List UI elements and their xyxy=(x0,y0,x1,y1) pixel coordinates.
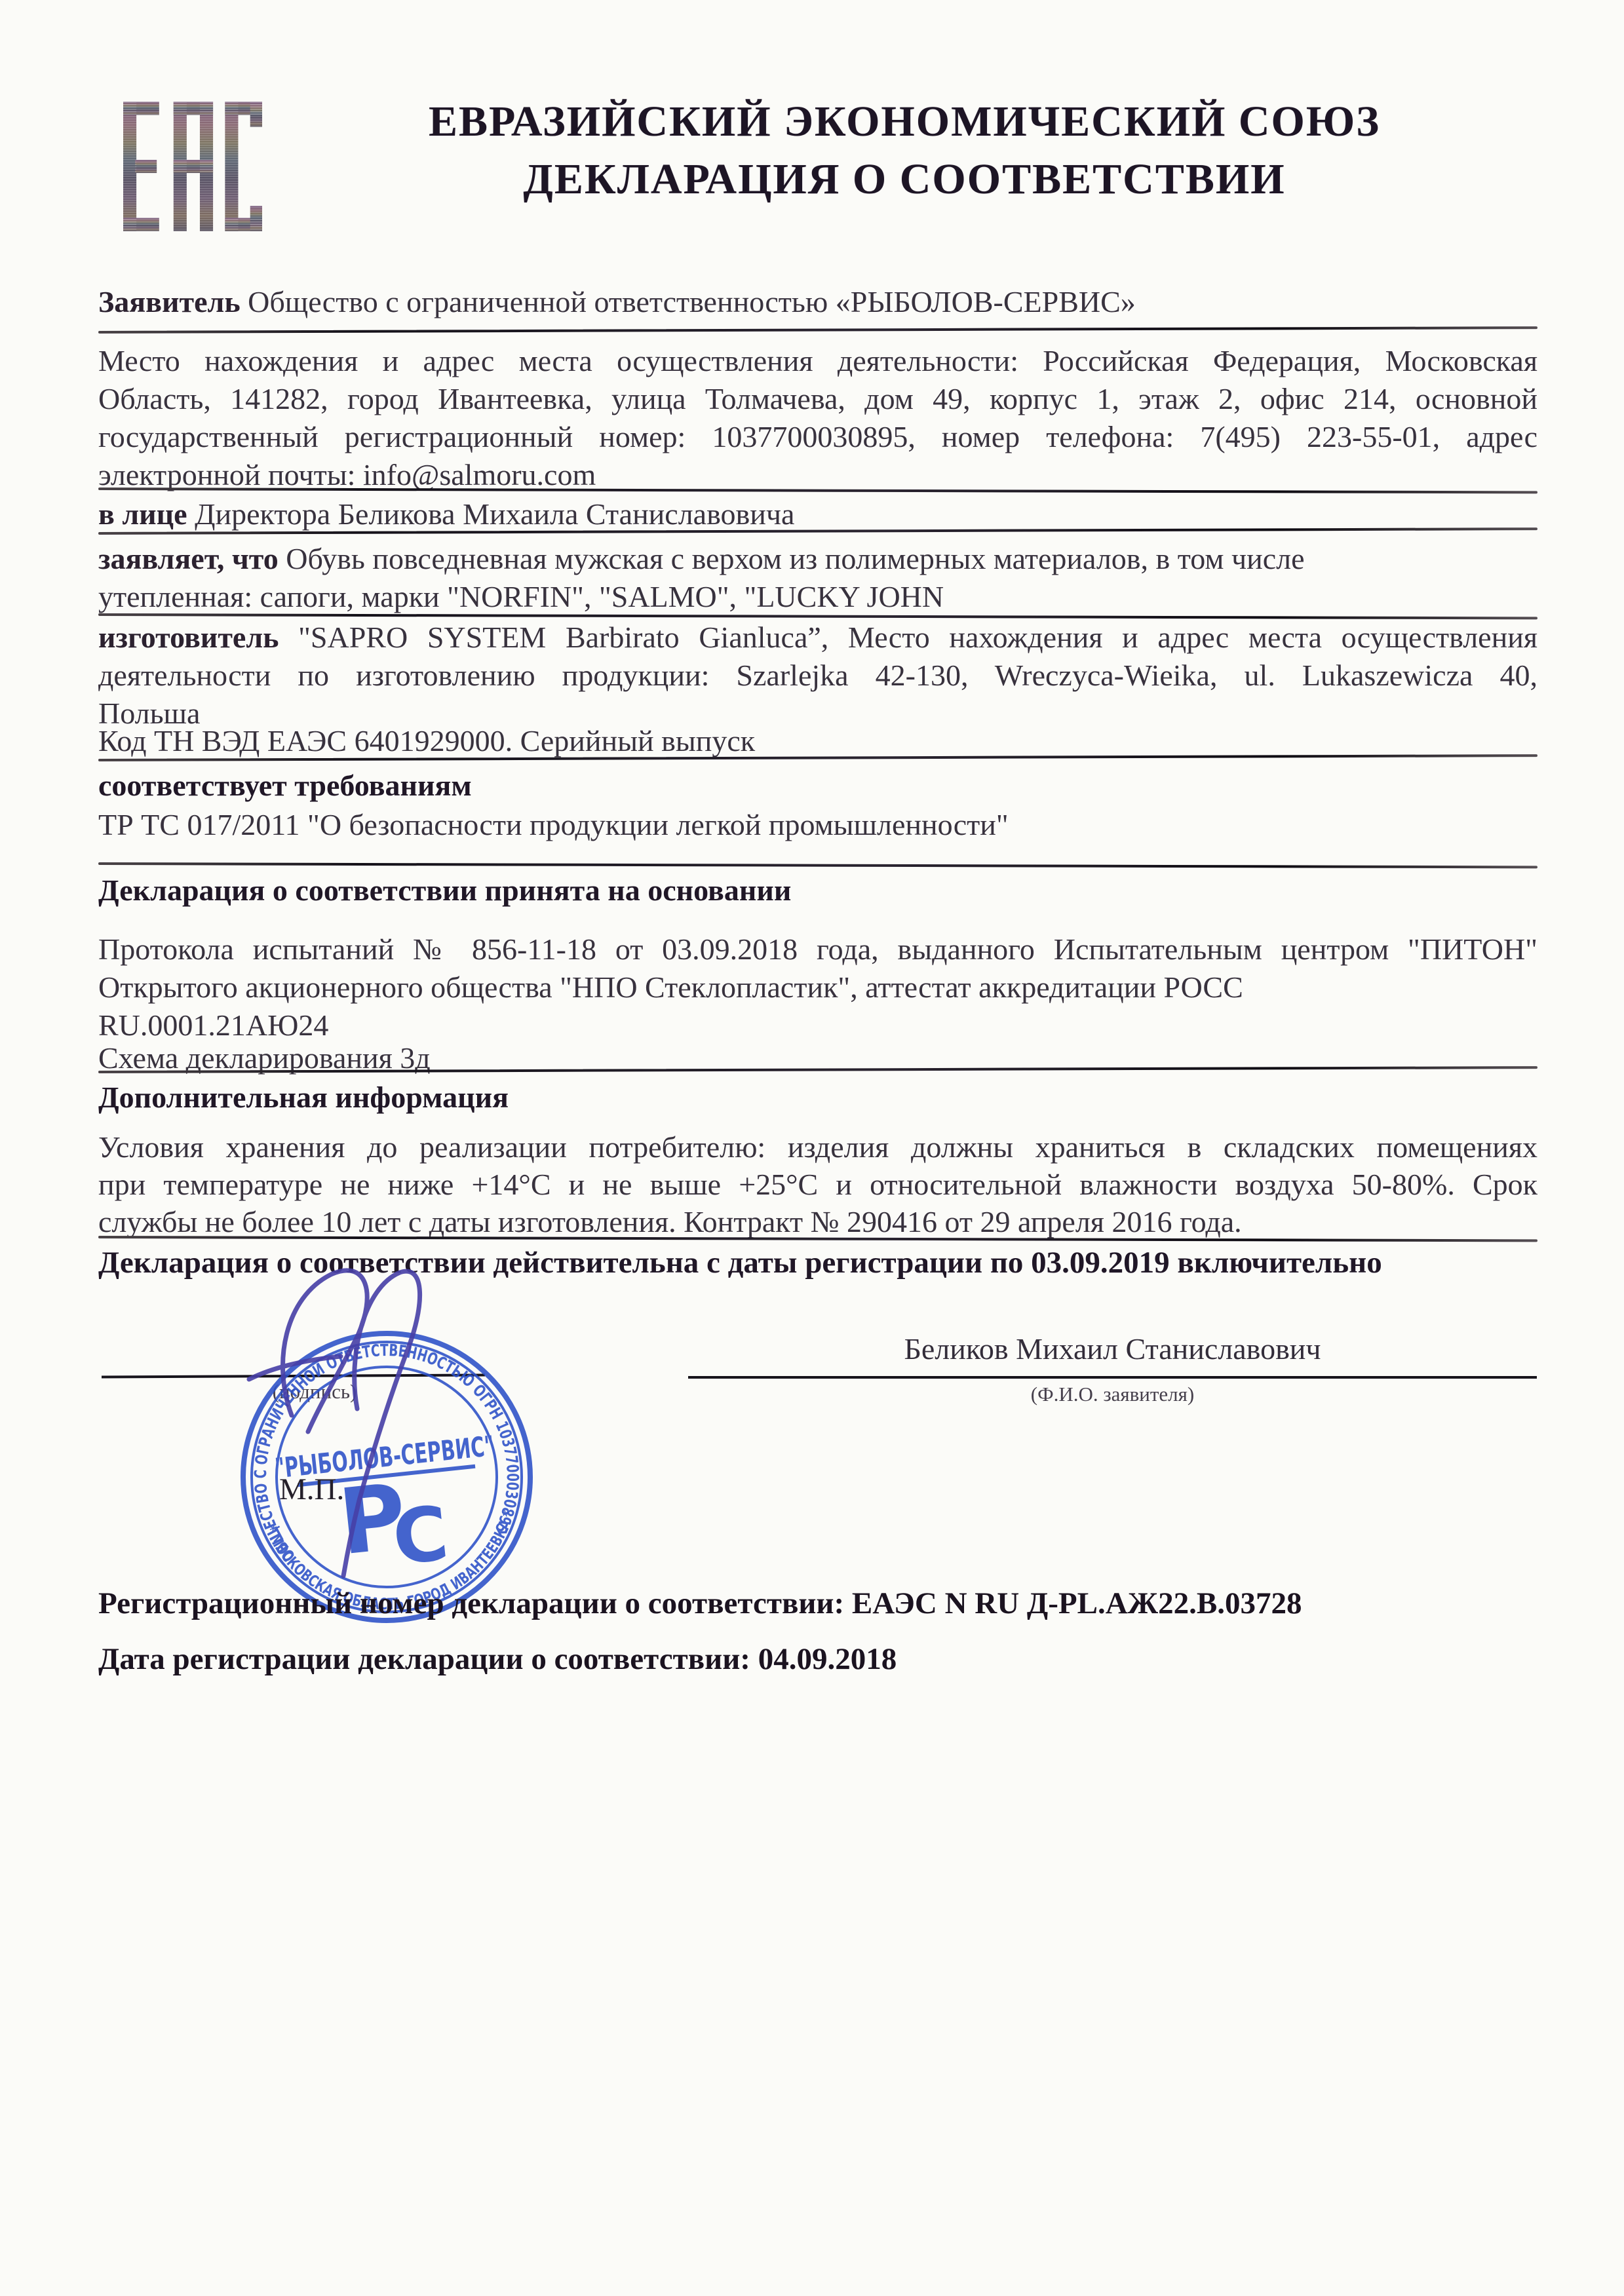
mp-label: М.П. xyxy=(279,1472,344,1507)
registration-number-line: Регистрационный номер декларации о соотв… xyxy=(98,1586,1579,1621)
additional-line: при температуре не ниже +14°С и не выше … xyxy=(98,1166,1537,1203)
declares-value: Обувь повседневная мужская с верхом из п… xyxy=(279,542,1305,575)
additional-line: Условия хранения до реализации потребите… xyxy=(98,1128,1537,1166)
complies-heading: соответствует требованиям xyxy=(98,767,1537,805)
basis-line: Открытого акционерного общества "НПО Сте… xyxy=(98,968,1537,1006)
address-line: государственный регистрационный номер: 1… xyxy=(98,418,1537,456)
basis-heading: Декларация о соответствии принята на осн… xyxy=(98,871,1537,909)
title-line-union: ЕВРАЗИЙСКИЙ ЭКОНОМИЧЕСКИЙ СОЮЗ xyxy=(275,93,1534,151)
handwritten-signature xyxy=(164,1245,459,1599)
basis-paragraph: Протокола испытаний № 856-11-18 от 03.09… xyxy=(98,930,1537,1044)
divider xyxy=(98,326,1537,334)
declares-paragraph: заявляет, что Обувь повседневная мужская… xyxy=(98,540,1537,616)
document-page: { "header": { "eac_mark": "ЕАС", "title_… xyxy=(0,0,1624,2296)
additional-paragraph: Условия хранения до реализации потребите… xyxy=(98,1128,1537,1240)
fio-caption: (Ф.И.О. заявителя) xyxy=(688,1383,1537,1406)
in-person-label: в лице xyxy=(98,497,187,531)
additional-line: службы не более 10 лет с даты изготовлен… xyxy=(98,1203,1537,1240)
applicant-fio: Беликов Михаил Станиславович xyxy=(688,1331,1537,1366)
eac-logo-icon xyxy=(123,95,262,238)
manufacturer-value: деятельности по изготовлению продукции: … xyxy=(98,657,1537,695)
declares-value: утепленная: сапоги, марки "NORFIN", "SAL… xyxy=(98,578,1537,616)
manufacturer-value: "SAPRO SYSTEM Barbirato Gianluca”, Место… xyxy=(279,621,1537,654)
manufacturer-label: изготовитель xyxy=(98,621,279,654)
declares-label: заявляет, что xyxy=(98,542,279,575)
applicant-line: Заявитель Общество с ограниченной ответс… xyxy=(98,283,1537,321)
address-line: Область, 141282, город Ивантеевка, улица… xyxy=(98,380,1537,418)
address-line: Место нахождения и адрес места осуществл… xyxy=(98,342,1537,380)
manufacturer-paragraph: изготовитель "SAPRO SYSTEM Barbirato Gia… xyxy=(98,619,1537,733)
in-person-value: Директора Беликова Михаила Станиславович… xyxy=(187,497,795,531)
divider xyxy=(98,862,1537,868)
fio-line xyxy=(688,1376,1537,1379)
additional-heading: Дополнительная информация xyxy=(98,1079,1537,1117)
document-title: ЕВРАЗИЙСКИЙ ЭКОНОМИЧЕСКИЙ СОЮЗ ДЕКЛАРАЦИ… xyxy=(275,93,1534,208)
registration-date-line: Дата регистрации декларации о соответств… xyxy=(98,1641,1579,1677)
address-paragraph: Место нахождения и адрес места осуществл… xyxy=(98,342,1537,494)
applicant-value: Общество с ограниченной ответственностью… xyxy=(241,285,1136,318)
complies-requirement: ТР ТС 017/2011 "О безопасности продукции… xyxy=(98,806,1537,844)
applicant-label: Заявитель xyxy=(98,285,241,318)
basis-line: Протокола испытаний № 856-11-18 от 03.09… xyxy=(98,930,1537,968)
title-line-declaration: ДЕКЛАРАЦИЯ О СООТВЕТСТВИИ xyxy=(275,151,1534,208)
